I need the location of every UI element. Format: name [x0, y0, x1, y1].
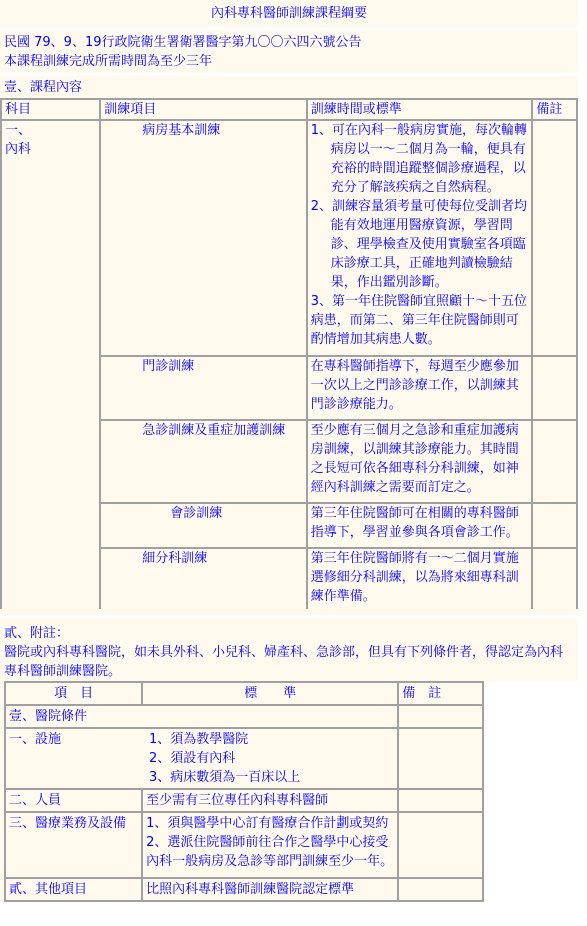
criteria-key: 二、人員 — [4, 790, 141, 813]
subject-name: 內科 — [5, 140, 96, 159]
col-header-standard: 訓練時間或標準 — [306, 98, 532, 121]
note-cell — [531, 421, 578, 504]
col-header-item: 訓練項目 — [99, 98, 306, 121]
col-header-note: 備註 — [531, 98, 578, 121]
training-item: 急診訓練及重症加護訓練 — [104, 421, 303, 440]
hospital-criteria-wrap: 項 目 標 準 備 註 壹、醫院條件 一、設施 1、須為教學醫院 2、須設有內科… — [0, 681, 485, 902]
section-notes: 貳、附註： 醫院或內科專科醫院，如未具外科、小兒科、婦產科、急診部，但具有下列條… — [0, 618, 578, 681]
criteria-value: 1、須與醫學中心訂有醫療合作計劃或契約 2、選派住院醫師前往合作之醫學中心接受內… — [141, 813, 397, 879]
table-row: 貳、其他項目 比照內科專科醫師訓練醫院認定標準 — [4, 879, 484, 902]
header-block: 民國 79、9、19行政院衛生署衛署醫字第九〇〇六四六號公告 本課程訓練完成所需… — [0, 30, 578, 73]
notes-intro: 醫院或內科專科醫院，如未具外科、小兒科、婦產科、急診部，但具有下列條件者，得認定… — [4, 643, 574, 681]
col-header-standard: 標 準 — [141, 681, 397, 706]
criteria-key: 三、醫療業務及設備 — [4, 813, 141, 879]
table-header-row: 科目 訓練項目 訓練時間或標準 備註 — [0, 98, 578, 121]
col-header-note: 備 註 — [397, 681, 484, 706]
table-row: 三、醫療業務及設備 1、須與醫學中心訂有醫療合作計劃或契約 2、選派住院醫師前往… — [4, 813, 484, 879]
table-row: 一、設施 1、須為教學醫院 2、須設有內科 3、病床數須為一百床以上 — [4, 729, 484, 790]
note-cell — [531, 549, 578, 609]
note-cell — [397, 729, 484, 790]
section-heading: 貳、附註： — [4, 624, 574, 643]
section-heading: 壹、課程內容 — [0, 78, 578, 98]
table-row: 壹、醫院條件 — [4, 706, 484, 729]
training-item: 病房基本訓練 — [104, 121, 303, 140]
group-heading: 壹、醫院條件 — [4, 706, 397, 729]
facility-row: 一、設施 1、須為教學醫院 2、須設有內科 3、病床數須為一百床以上 — [4, 729, 397, 790]
training-standard: 至少應有三個月之急診和重症加護病房訓練，以訓練其診療能力。其時間之長短可依各細專… — [306, 421, 532, 504]
col-header-item: 項 目 — [4, 681, 141, 706]
note-cell — [397, 813, 484, 879]
duration-line: 本課程訓練完成所需時間為至少三年 — [4, 52, 574, 71]
table-row: 一、 內科 病房基本訓練 1、可在內科一般病房實施，每次輪轉病房以一～二個月為一… — [0, 121, 578, 357]
note-cell — [397, 706, 484, 729]
section-course-content: 壹、課程內容 科目 訓練項目 訓練時間或標準 備註 一、 內科 病房基本訓練 1… — [0, 76, 578, 615]
note-cell — [531, 504, 578, 549]
table-header-row: 項 目 標 準 備 註 — [4, 681, 484, 706]
training-standard: 第三年住院醫師可在相關的專科醫師指導下，學習並參與各項會診工作。 — [306, 504, 532, 549]
subject-cell: 一、 內科 — [0, 121, 99, 609]
training-item: 門診訓練 — [104, 357, 303, 376]
criteria-value: 比照內科專科醫師訓練醫院認定標準 — [141, 879, 397, 902]
training-item: 細分科訓練 — [104, 549, 303, 568]
table-row: 二、人員 至少需有三位專任內科專科醫師 — [4, 790, 484, 813]
note-cell — [531, 121, 578, 357]
note-cell — [397, 790, 484, 813]
page-title: 內科專科醫師訓練課程綱要 — [0, 0, 578, 27]
training-standard: 1、可在內科一般病房實施，每次輪轉病房以一～二個月為一輪，便具有充裕的時間追蹤整… — [306, 121, 532, 357]
criteria-key: 一、設施 — [6, 729, 146, 788]
col-header-subject: 科目 — [0, 98, 99, 121]
training-item: 會診訓練 — [104, 504, 303, 523]
training-standard: 第三年住院醫師將有一～二個月實施選修細分科訓練，以為將來細專科訓練作準備。 — [306, 549, 532, 609]
announcement-line: 民國 79、9、19行政院衛生署衛署醫字第九〇〇六四六號公告 — [4, 33, 574, 52]
hospital-criteria-table: 項 目 標 準 備 註 壹、醫院條件 一、設施 1、須為教學醫院 2、須設有內科… — [4, 681, 484, 902]
criteria-key: 貳、其他項目 — [4, 879, 141, 902]
note-cell — [397, 879, 484, 902]
training-standard: 在專科醫師指導下，每週至少應參加一次以上之門診診療工作，以訓練其門診診療能力。 — [306, 357, 532, 421]
subject-number: 一、 — [5, 121, 96, 140]
criteria-value: 至少需有三位專任內科專科醫師 — [141, 790, 397, 813]
course-table: 科目 訓練項目 訓練時間或標準 備註 一、 內科 病房基本訓練 1、可在內科一般… — [0, 98, 578, 609]
note-cell — [531, 357, 578, 421]
